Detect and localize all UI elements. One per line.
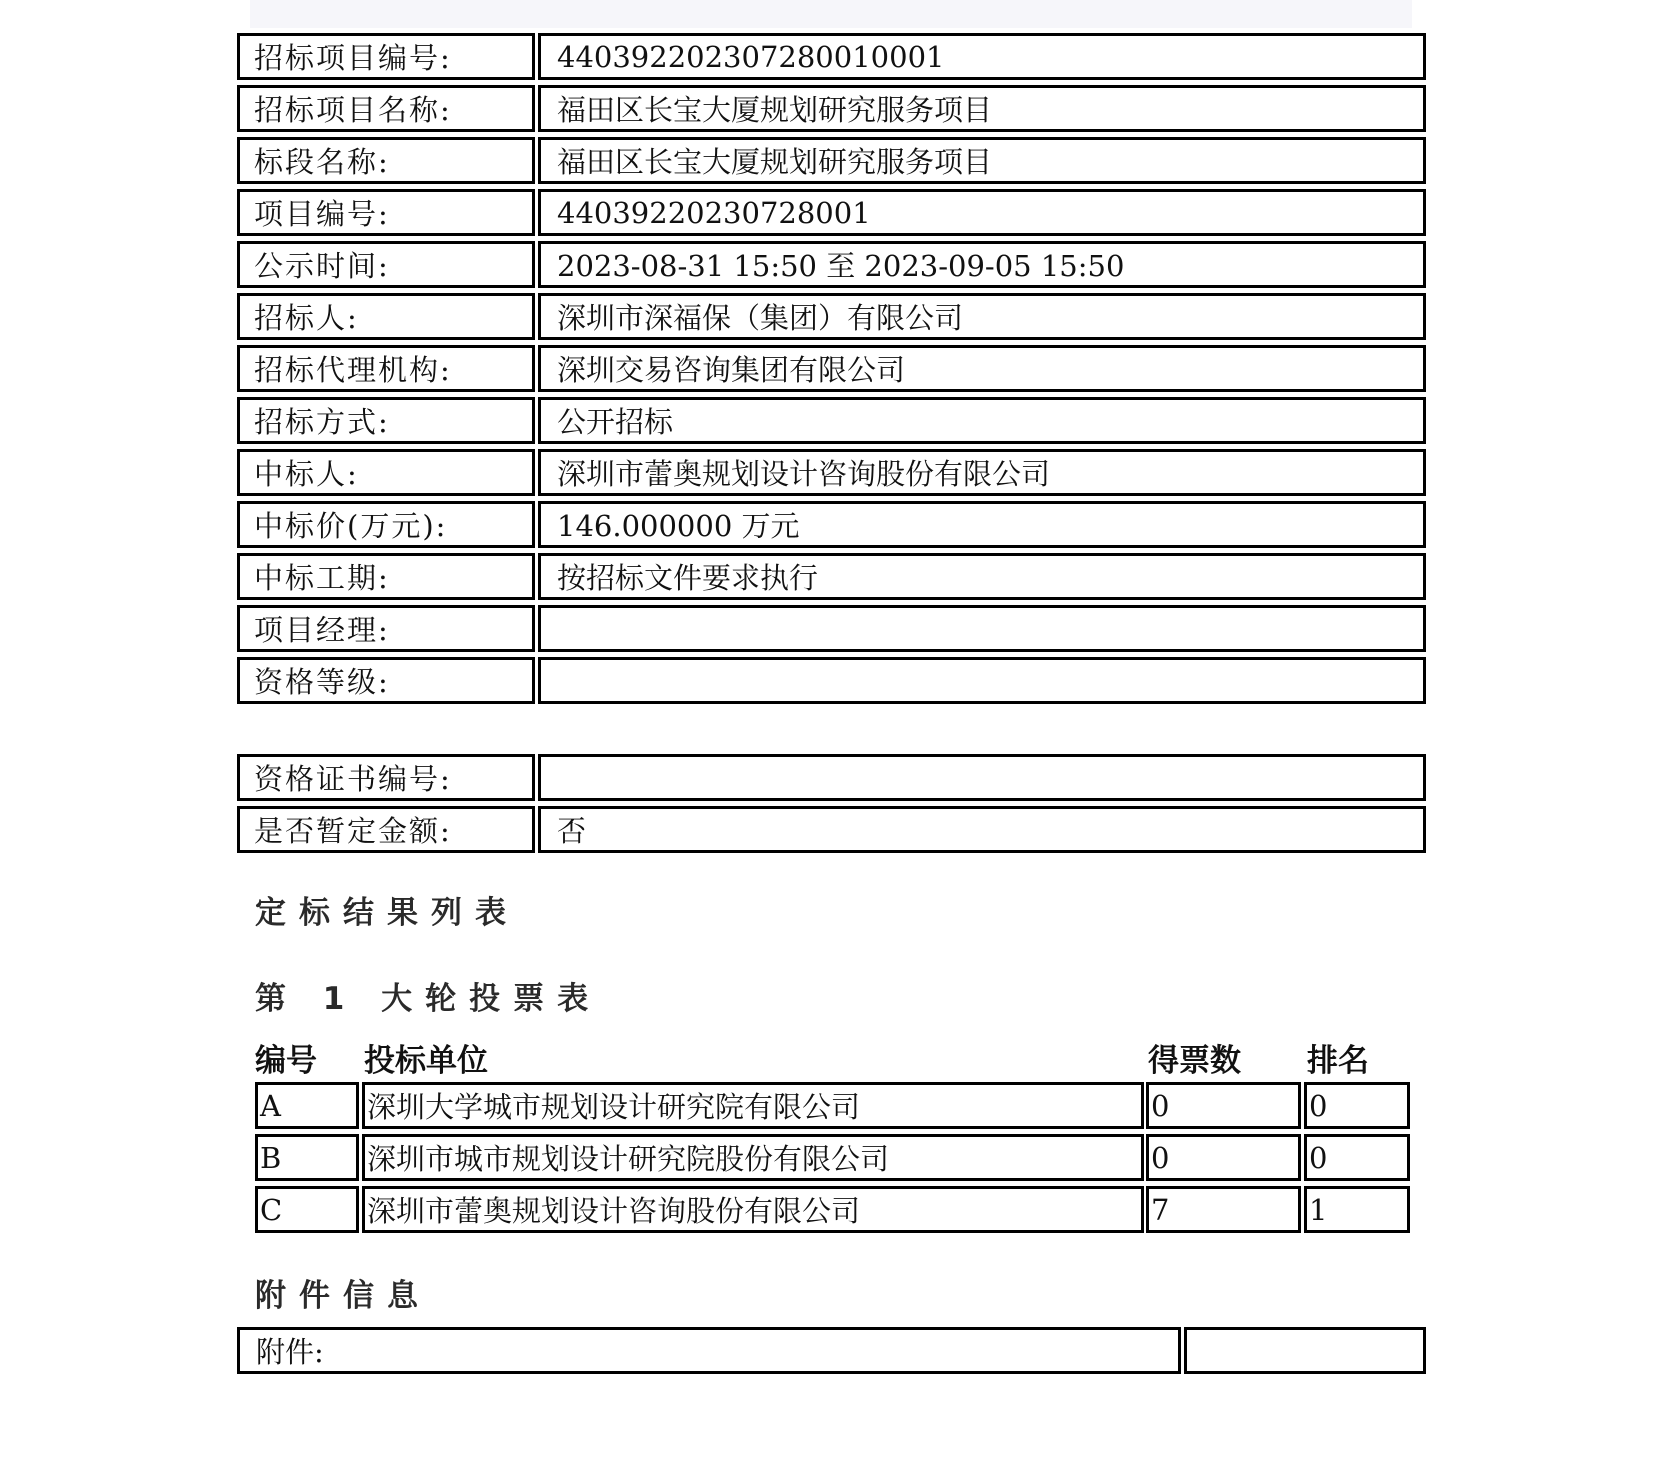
row-qualification-level: 资格等级: (237, 657, 1426, 704)
vote-header-votes: 得票数 (1148, 1035, 1241, 1080)
value-section-name: 福田区长宝大厦规划研究服务项目 (538, 137, 1426, 184)
value-publicity-time: 2023-08-31 15:50 至 2023-09-05 15:50 (538, 241, 1426, 288)
row-item-code: 项目编号: 44039220230728001 (237, 189, 1426, 236)
vote-header-rank: 排名 (1307, 1035, 1369, 1080)
vote-no: A (255, 1082, 359, 1129)
label-tender-method: 招标方式: (237, 397, 535, 444)
vote-unit: 深圳市蕾奥规划设计咨询股份有限公司 (362, 1186, 1144, 1233)
vote-count: 0 (1146, 1134, 1301, 1181)
label-section-name: 标段名称: (237, 137, 535, 184)
row-agency: 招标代理机构: 深圳交易咨询集团有限公司 (237, 345, 1426, 392)
attachment-table: 附件: (237, 1327, 1426, 1374)
label-project-manager: 项目经理: (237, 605, 535, 652)
attachment-title: 附件信息 (255, 1270, 431, 1315)
vote-no: B (255, 1134, 359, 1181)
value-item-code: 44039220230728001 (538, 189, 1426, 236)
label-qualification-level: 资格等级: (237, 657, 535, 704)
label-agency: 招标代理机构: (237, 345, 535, 392)
label-tenderer: 招标人: (237, 293, 535, 340)
value-qualification-level (538, 657, 1426, 704)
label-project-name: 招标项目名称: (237, 85, 535, 132)
label-duration: 中标工期: (237, 553, 535, 600)
vote-unit: 深圳大学城市规划设计研究院有限公司 (362, 1082, 1144, 1129)
value-duration: 按招标文件要求执行 (538, 553, 1426, 600)
label-item-code: 项目编号: (237, 189, 535, 236)
value-certificate-no (538, 754, 1426, 801)
vote-rank: 1 (1304, 1186, 1410, 1233)
label-project-code: 招标项目编号: (237, 33, 535, 80)
row-duration: 中标工期: 按招标文件要求执行 (237, 553, 1426, 600)
top-band (250, 0, 1412, 28)
vote-rank: 0 (1304, 1082, 1410, 1129)
value-tenderer: 深圳市深福保（集团）有限公司 (538, 293, 1426, 340)
extra-info-table: 资格证书编号: 是否暂定金额: 否 (237, 754, 1426, 858)
main-info-table: 招标项目编号: 440392202307280010001 招标项目名称: 福田… (237, 33, 1426, 709)
row-certificate-no: 资格证书编号: (237, 754, 1426, 801)
row-winning-price: 中标价(万元): 146.000000 万元 (237, 501, 1426, 548)
result-list-title: 定标结果列表 (255, 887, 519, 932)
row-project-manager: 项目经理: (237, 605, 1426, 652)
value-winner: 深圳市蕾奥规划设计咨询股份有限公司 (538, 449, 1426, 496)
vote-no: C (255, 1186, 359, 1233)
label-certificate-no: 资格证书编号: (237, 754, 535, 801)
label-winner: 中标人: (237, 449, 535, 496)
attachment-value[interactable] (1184, 1327, 1426, 1374)
row-project-name: 招标项目名称: 福田区长宝大厦规划研究服务项目 (237, 85, 1426, 132)
row-publicity-time: 公示时间: 2023-08-31 15:50 至 2023-09-05 15:5… (237, 241, 1426, 288)
label-winning-price: 中标价(万元): (237, 501, 535, 548)
value-agency: 深圳交易咨询集团有限公司 (538, 345, 1426, 392)
vote-header-unit: 投标单位 (364, 1035, 488, 1080)
row-tenderer: 招标人: 深圳市深福保（集团）有限公司 (237, 293, 1426, 340)
row-provisional-amount: 是否暂定金额: 否 (237, 806, 1426, 853)
vote-header-no: 编号 (255, 1035, 317, 1080)
row-section-name: 标段名称: 福田区长宝大厦规划研究服务项目 (237, 137, 1426, 184)
value-project-manager (538, 605, 1426, 652)
attachment-label: 附件: (237, 1327, 1181, 1374)
value-project-code: 440392202307280010001 (538, 33, 1426, 80)
value-project-name: 福田区长宝大厦规划研究服务项目 (538, 85, 1426, 132)
vote-rank: 0 (1304, 1134, 1410, 1181)
row-winner: 中标人: 深圳市蕾奥规划设计咨询股份有限公司 (237, 449, 1426, 496)
vote-count: 0 (1146, 1082, 1301, 1129)
label-publicity-time: 公示时间: (237, 241, 535, 288)
row-tender-method: 招标方式: 公开招标 (237, 397, 1426, 444)
vote-count: 7 (1146, 1186, 1301, 1233)
label-provisional-amount: 是否暂定金额: (237, 806, 535, 853)
round-title: 第 1 大轮投票表 (255, 973, 601, 1018)
row-project-code: 招标项目编号: 440392202307280010001 (237, 33, 1426, 80)
vote-unit: 深圳市城市规划设计研究院股份有限公司 (362, 1134, 1144, 1181)
value-tender-method: 公开招标 (538, 397, 1426, 444)
value-provisional-amount: 否 (538, 806, 1426, 853)
value-winning-price: 146.000000 万元 (538, 501, 1426, 548)
